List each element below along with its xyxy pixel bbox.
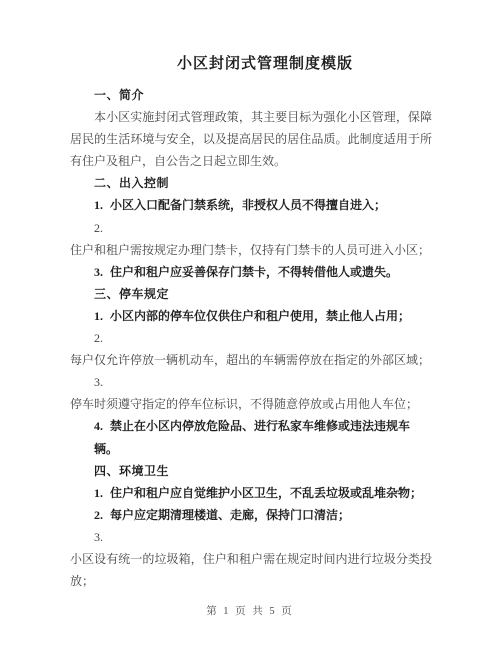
access-item-2-number: 2. xyxy=(70,217,432,239)
document-page: 小区封闭式管理制度模版 一、简介 本小区实施封闭式管理政策，其主要目标为强化小区… xyxy=(0,0,500,647)
sanitation-item-2: 2.每户应定期清理楼道、走廊，保持门口清洁； xyxy=(70,504,432,526)
parking-item-2-number: 2. xyxy=(70,327,432,349)
item-number: 1. xyxy=(94,309,103,323)
item-text: 住户和租户应妥善保存门禁卡，不得转借他人或遗失。 xyxy=(110,265,398,279)
access-item-2-text: 住户和租户需按规定办理门禁卡，仅持有门禁卡的人员可进入小区； xyxy=(70,239,432,261)
item-text: 小区内部的停车位仅供住户和租户使用，禁止他人占用； xyxy=(110,309,410,323)
item-text: 小区入口配备门禁系统，非授权人员不得擅自进入； xyxy=(110,198,386,212)
section-heading-sanitation: 四、环境卫生 xyxy=(70,460,432,482)
access-item-1: 1.小区入口配备门禁系统，非授权人员不得擅自进入； xyxy=(70,194,432,216)
parking-item-4: 4.禁止在小区内停放危险品、进行私家车维修或违法违规车辆。 xyxy=(70,415,432,459)
access-item-3: 3.住户和租户应妥善保存门禁卡，不得转借他人或遗失。 xyxy=(70,261,432,283)
item-text: 禁止在小区内停放危险品、进行私家车维修或违法违规车辆。 xyxy=(94,419,410,455)
sanitation-item-1: 1.住户和租户应自觉维护小区卫生，不乱丢垃圾或乱堆杂物； xyxy=(70,482,432,504)
parking-item-3-text: 停车时须遵守指定的停车位标识，不得随意停放或占用他人车位； xyxy=(70,393,432,415)
sanitation-item-3-number: 3. xyxy=(70,526,432,548)
document-content: 小区封闭式管理制度模版 一、简介 本小区实施封闭式管理政策，其主要目标为强化小区… xyxy=(70,52,432,592)
section-heading-intro: 一、简介 xyxy=(70,84,432,106)
parking-item-3-number: 3. xyxy=(70,371,432,393)
item-number: 3. xyxy=(94,265,103,279)
parking-item-1: 1.小区内部的停车位仅供住户和租户使用，禁止他人占用； xyxy=(70,305,432,327)
section-heading-parking: 三、停车规定 xyxy=(70,283,432,305)
item-number: 2. xyxy=(94,508,103,522)
item-text: 住户和租户应自觉维护小区卫生，不乱丢垃圾或乱堆杂物； xyxy=(110,486,422,500)
item-text: 每户应定期清理楼道、走廊，保持门口清洁； xyxy=(110,508,350,522)
sanitation-item-3-text: 小区设有统一的垃圾箱，住户和租户需在规定时间内进行垃圾分类投放； xyxy=(70,548,432,592)
document-title: 小区封闭式管理制度模版 xyxy=(70,52,432,76)
section-heading-access-control: 二、出入控制 xyxy=(70,172,432,194)
item-number: 1. xyxy=(94,486,103,500)
intro-paragraph: 本小区实施封闭式管理政策，其主要目标为强化小区管理，保障居民的生活环境与安全，以… xyxy=(70,106,432,172)
item-number: 4. xyxy=(94,419,103,433)
item-number: 1. xyxy=(94,198,103,212)
page-number-footer: 第 1 页 共 5 页 xyxy=(0,603,500,618)
parking-item-2-text: 每户仅允许停放一辆机动车，超出的车辆需停放在指定的外部区域； xyxy=(70,349,432,371)
